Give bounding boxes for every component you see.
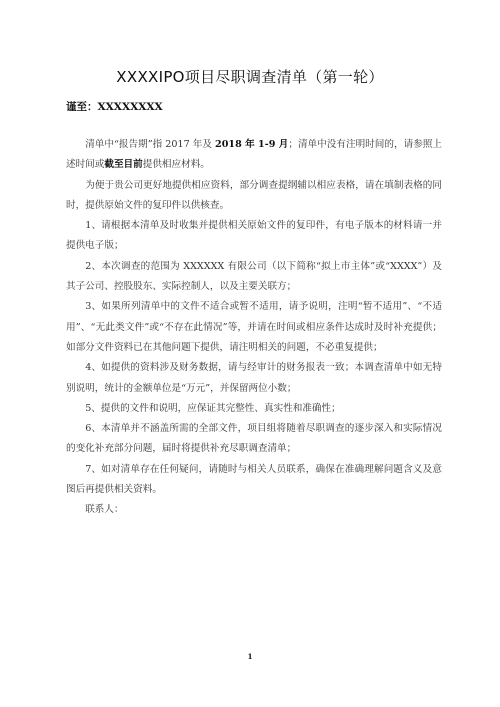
list-item: 7、如对清单存在任何疑问，请随时与相关人员联系，确保在准确理解问题含义及意图后再…: [66, 460, 442, 501]
addressee-label: 谨至：: [66, 101, 98, 113]
document-page: XXXXIPO项目尽职调查清单（第一轮） 谨至：XXXXXXXX 清单中“报告期…: [0, 0, 500, 707]
page-number: 1: [0, 652, 500, 661]
list-item: 5、提供的文件和说明，应保证其完整性、真实性和准确性；: [66, 399, 442, 419]
list-item: 3、如果所列清单中的文件不适合或暂不适用，请予说明，注明“暂不适用”、“不适用”…: [66, 297, 442, 358]
list-item: 1、请根据本清单及时收集并提供相关原始文件的复印件，有电子版本的材料请一并提供电…: [66, 216, 442, 257]
list-item: 4、如提供的资料涉及财务数据，请与经审计的财务报表一致；本调查清单中如无特别说明…: [66, 358, 442, 399]
addressee-value: XXXXXXXX: [98, 101, 163, 113]
period-bold: 2018 年 1-9 月: [215, 139, 288, 150]
intro-paragraph-2: 为便于贵公司更好地提供相应资料，部分调查提纲辅以相应表格，请在填制表格的同时，提…: [66, 176, 442, 217]
list-item: 2、本次调查的范围为 XXXXXX 有限公司（以下简称“拟上市主体”或“XXXX…: [66, 257, 442, 298]
document-body: 清单中“报告期”指 2017 年及 2018 年 1-9 月；清单中没有注明时间…: [66, 135, 442, 521]
intro-paragraph-1: 清单中“报告期”指 2017 年及 2018 年 1-9 月；清单中没有注明时间…: [66, 135, 442, 176]
list-item: 6、本清单并不涵盖所需的全部文件，项目组将随着尽职调查的逐步深入和实际情况的变化…: [66, 419, 442, 460]
document-title: XXXXIPO项目尽职调查清单（第一轮）: [0, 66, 500, 87]
contact-label: 联系人：: [66, 500, 442, 520]
as-of-bold: 截至目前: [104, 159, 142, 170]
addressee: 谨至：XXXXXXXX: [66, 99, 163, 114]
